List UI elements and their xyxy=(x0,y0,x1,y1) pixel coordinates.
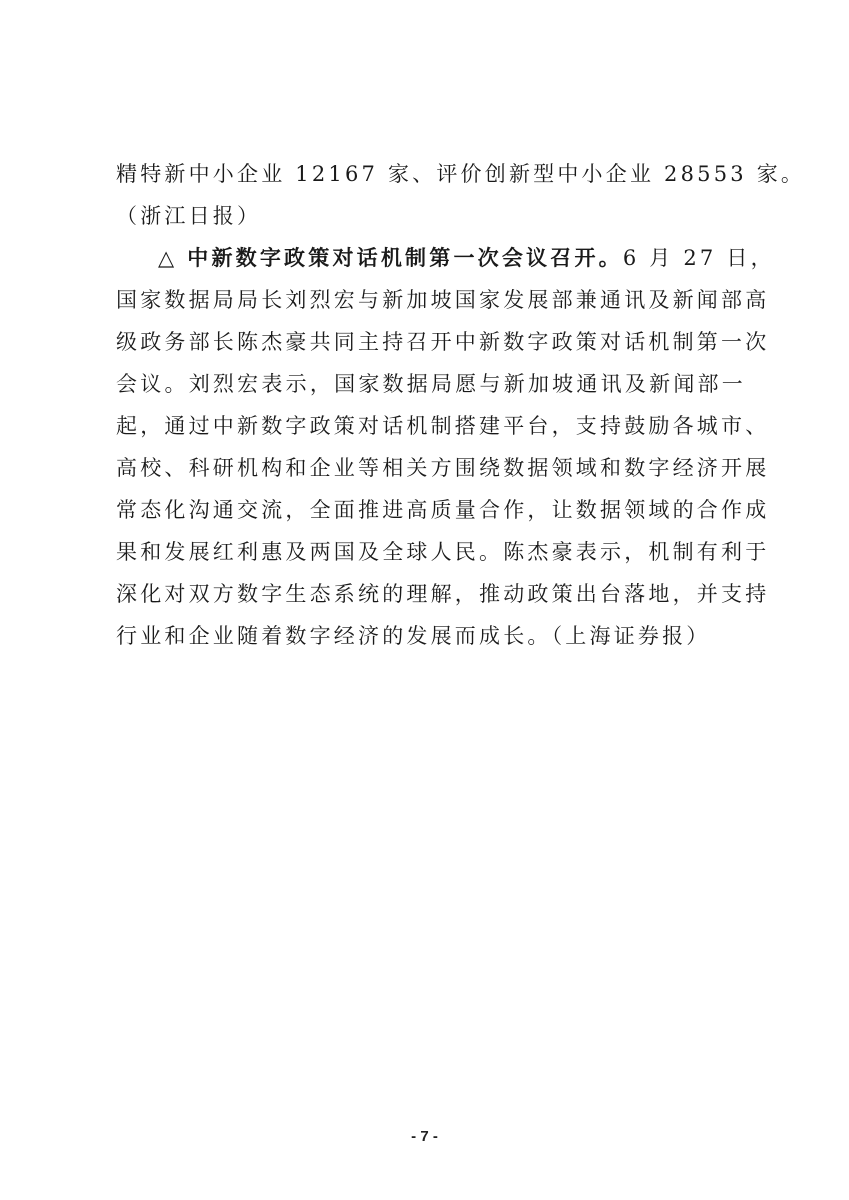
paragraph-line: 起，通过中新数字政策对话机制搭建平台，支持鼓励各城市、 xyxy=(116,406,746,446)
paragraph-line: 级政务部长陈杰豪共同主持召开中新数字政策对话机制第一次 xyxy=(116,322,746,362)
triangle-marker-icon: △ xyxy=(158,245,177,270)
news-item-first-line: △ 中新数字政策对话机制第一次会议召开。6 月 27 日， xyxy=(158,238,746,278)
paragraph-line: 国家数据局局长刘烈宏与新加坡国家发展部兼通讯及新闻部高 xyxy=(116,280,746,320)
page-number: - 7 - xyxy=(0,1128,849,1145)
paragraph-line: 精特新中小企业 12167 家、评价创新型中小企业 28553 家。 xyxy=(116,154,746,194)
paragraph-line: 常态化沟通交流，全面推进高质量合作，让数据领域的合作成 xyxy=(116,490,746,530)
source-attribution: （浙江日报） xyxy=(116,196,746,236)
document-page: 精特新中小企业 12167 家、评价创新型中小企业 28553 家。 （浙江日报… xyxy=(0,0,849,1200)
paragraph-line: 果和发展红利惠及两国及全球人民。陈杰豪表示，机制有利于 xyxy=(116,532,746,572)
paragraph-line: 深化对双方数字生态系统的理解，推动政策出台落地，并支持 xyxy=(116,574,746,614)
news-headline: 中新数字政策对话机制第一次会议召开。 xyxy=(187,245,623,270)
paragraph-line: 行业和企业随着数字经济的发展而成长。（上海证券报） xyxy=(116,616,746,656)
paragraph-line: 高校、科研机构和企业等相关方围绕数据领域和数字经济开展 xyxy=(116,448,746,488)
news-date: 6 月 27 日， xyxy=(623,246,775,270)
paragraph-line: 会议。刘烈宏表示，国家数据局愿与新加坡通讯及新闻部一 xyxy=(116,364,746,404)
